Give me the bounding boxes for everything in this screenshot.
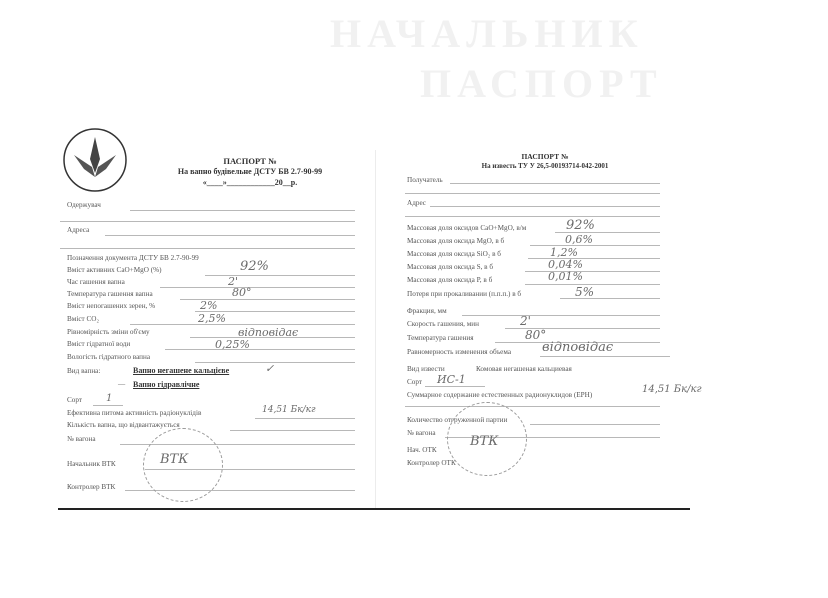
doc-designation: Позначення документа ДСТУ БВ 2.7-90-99 [67,254,199,262]
radio-value: 14,51 Бк/кг [642,384,702,395]
grade-label: Сорт [67,396,82,404]
grade-line [93,405,123,406]
field-label: Вологість гідратного вапна [67,353,150,361]
controller-label: Контролер ВТК [67,483,115,491]
right-subtitle: На известь ТУ У 26,5-00193714-042-2001 [430,162,660,170]
field-label: Равномерность изменения объема [407,348,511,356]
fold-line [375,150,376,510]
check-mark-icon: ✓ [265,362,274,375]
quantity-line[interactable] [530,424,660,425]
field-label: Массовая доля оксида SiO₂ в б [407,250,501,258]
field-line [195,362,355,363]
field-label: Массовая доля оксидов CaO+MgO, в/м [407,224,526,232]
field-label: Рівномірність зміни об'єму [67,328,150,336]
field-label: Вміст CO₂ [67,315,99,323]
ukrsepro-logo-icon [62,127,128,193]
field-label: Потеря при прокаливании (п.п.п.) в б [407,290,521,298]
grade-value: ИС-1 [437,373,466,386]
address-line-2 [405,216,660,217]
radio-value: 14,51 Бк/кг [262,405,316,415]
field-value: 92% [566,218,595,233]
field-label: Вміст гідратної води [67,340,130,348]
left-subtitle: На вапно будівельне ДСТУ БВ 2.7-90-99 [150,167,350,176]
left-date-line: «____»____________20__р. [150,178,350,187]
address-line[interactable] [105,235,355,236]
bottom-divider [58,508,690,510]
field-value: 80° [232,286,252,299]
ghost-word: НАЧАЛЬНИК [330,10,644,57]
lime-type-label: Вид вапна: [67,367,100,375]
field-value: 2,5% [198,312,226,325]
field-value: 2% [200,299,217,312]
grade-line [425,386,485,387]
address-line-2 [60,248,355,249]
field-line [130,324,355,325]
field-label: Массовая доля оксида S, в б [407,263,493,271]
recipient-line[interactable] [130,210,355,211]
stamp-signature: ВТК [470,434,498,449]
field-label: Массовая доля оксида P, в б [407,276,492,284]
address-line[interactable] [430,206,660,207]
field-value: 0,25% [215,338,250,351]
radio-line [255,418,355,419]
head-label: Начальник ВТК [67,460,116,468]
recipient-line-2 [405,193,660,194]
field-line [540,356,670,357]
field-label: Температура гашения [407,334,474,342]
left-title: ПАСПОРТ № [150,156,350,166]
radio-label: Суммарное содержание естественных радион… [407,391,592,399]
recipient-label: Получатель [407,176,443,184]
field-value: 5% [575,285,594,299]
lime-type-value: Комовая негашеная кальциевая [476,365,572,373]
right-title: ПАСПОРТ № [430,152,660,161]
lime-type-option[interactable]: Вапно гідравлічне [133,380,199,389]
field-value: 92% [240,259,269,274]
field-label: Массовая доля оксида MgO, в б [407,237,504,245]
ghost-word: ПАСПОРТ [420,60,663,107]
field-line [160,287,355,288]
field-label: Температура гашення вапна [67,290,153,298]
field-line [462,315,660,316]
field-line [525,271,660,272]
field-label: Вміст активних CaO+MgO (%) [67,266,162,274]
radio-label: Ефективна питома активність радіонукліді… [67,409,201,417]
field-label: Час гашення вапна [67,278,125,286]
quantity-line[interactable] [230,430,355,431]
recipient-label: Одержувач [67,201,101,209]
field-line [165,349,355,350]
field-label: Фракция, мм [407,307,447,315]
field-label: Скорость гашения, мин [407,320,479,328]
address-label: Адрес [407,199,426,207]
recipient-line[interactable] [450,183,660,184]
radio-line [405,406,660,407]
lime-type-option[interactable]: Вапно негашене кальцієве [133,366,229,375]
grade-label: Сорт [407,378,422,386]
controller-label: Контролер ОТК [407,459,456,467]
recipient-line-2 [60,221,355,222]
field-value: 0,6% [565,233,593,246]
field-label: Вміст непогашених зерен, % [67,302,155,310]
wagon-label: № вагона [407,429,436,437]
field-value: відповідає [542,340,613,355]
field-value: 0,01% [548,270,583,283]
dash-mark: — [118,380,125,388]
stamp-signature: ВТК [160,452,188,467]
head-label: Нач. ОТК [407,446,437,454]
wagon-label: № вагона [67,435,96,443]
grade-value: 1 [106,393,112,404]
quantity-label: Кількість вапна, що відвантажується [67,421,180,429]
lime-type-label: Вид извести [407,365,445,373]
address-label: Адреса [67,226,89,234]
field-value: 2' [520,314,531,328]
